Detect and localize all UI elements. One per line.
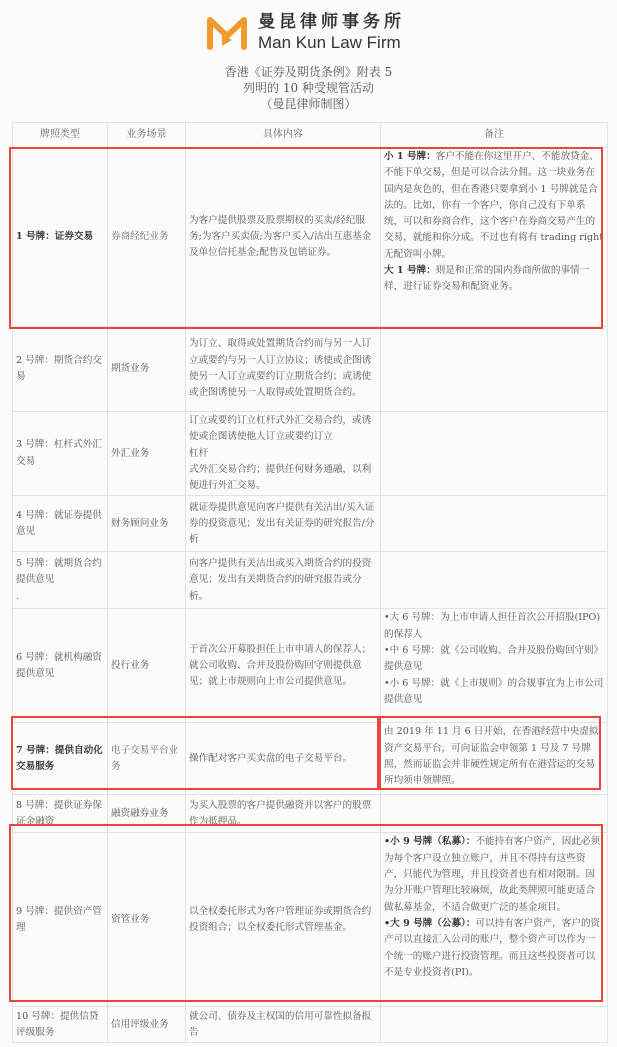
license-type: 10 号牌：提供信贷评级服务 xyxy=(13,1007,108,1043)
firm-logo: 曼昆律师事务所 Man Kun Law Firm xyxy=(206,14,405,51)
license-notes xyxy=(381,327,608,412)
business-scene: 财务顾问业务 xyxy=(108,496,186,552)
license-type: 4 号牌：就证券提供意见 xyxy=(13,496,108,552)
business-scene xyxy=(108,552,186,609)
license-type: 1 号牌：证券交易 xyxy=(13,148,108,327)
business-scene: 融资融券业务 xyxy=(108,795,186,833)
license-content: 为客户提供股票及股票期权的买卖/经纪服务;为客户买卖债;为客户买入/沽出互惠基金… xyxy=(186,148,381,327)
license-notes xyxy=(381,496,608,552)
business-scene: 投行业务 xyxy=(108,609,186,723)
business-scene: 券商经纪业务 xyxy=(108,148,186,327)
license-notes xyxy=(381,552,608,609)
col-header-scene: 业务场景 xyxy=(108,123,186,148)
license-notes xyxy=(381,795,608,833)
license-content: 就证券提供意见向客户提供有关沽出/买入证券的投资意见；发出有关证券的研究报告/分… xyxy=(186,496,381,552)
table-row: 10 号牌：提供信贷评级服务 信用评级业务 就公司、债券及主权国的信用可靠性拟备… xyxy=(13,1007,608,1043)
license-notes: 由 2019 年 11 月 6 日开始，在香港经营中央虚拟资产交易平台，可向证监… xyxy=(381,723,608,795)
table-row: 9 号牌：提供资产管理 资管业务 以全权委托形式为客户管理证券或期货合约投资组合… xyxy=(13,833,608,1007)
license-type: 3 号牌：杠杆式外汇交易 xyxy=(13,412,108,496)
table-row: 5 号牌：就期货合约提供意见 . 向客户提供有关沽出或买入期货合约的投资意见；发… xyxy=(13,552,608,609)
license-notes xyxy=(381,1007,608,1043)
license-table: 牌照类型 业务场景 具体内容 备注 1 号牌：证券交易 券商经纪业务 为客户提供… xyxy=(12,122,608,1043)
business-scene: 期货业务 xyxy=(108,327,186,412)
business-scene: 资管业务 xyxy=(108,833,186,1007)
license-notes xyxy=(381,412,608,496)
license-content: 为订立、取得或处置期货合约而与另一人订立或要约与另一人订立协议；诱使或企图诱使另… xyxy=(186,327,381,412)
business-scene: 信用评级业务 xyxy=(108,1007,186,1043)
table-row: 7 号牌：提供自动化交易服务 电子交易平台业务 操作配对客户买卖盘的电子交易平台… xyxy=(13,723,608,795)
business-scene: 外汇业务 xyxy=(108,412,186,496)
table-header-row: 牌照类型 业务场景 具体内容 备注 xyxy=(13,123,608,148)
license-type: 9 号牌：提供资产管理 xyxy=(13,833,108,1007)
col-header-content: 具体内容 xyxy=(186,123,381,148)
license-notes: •小 9 号牌（私募）：不能持有客户资产，因此必须为每个客户设立独立账户，并且不… xyxy=(381,833,608,1007)
license-content: 就公司、债券及主权国的信用可靠性拟备报告 xyxy=(186,1007,381,1043)
title-line-2: 列明的 10 种受规管活动 xyxy=(0,80,617,96)
table-row: 1 号牌：证券交易 券商经纪业务 为客户提供股票及股票期权的买卖/经纪服务;为客… xyxy=(13,148,608,327)
license-content: 向客户提供有关沽出或买入期货合约的投资意见；发出有关期货合约的研究报告或分析。 xyxy=(186,552,381,609)
business-scene: 电子交易平台业务 xyxy=(108,723,186,795)
license-content: 为买入股票的客户提供融资并以客户的股票作为抵押品。 xyxy=(186,795,381,833)
title-line-3: （曼昆律师制图） xyxy=(0,96,617,112)
col-header-license-type: 牌照类型 xyxy=(13,123,108,148)
man-kun-logo-icon xyxy=(206,16,248,50)
title-line-1: 香港《证券及期货条例》附表 5 xyxy=(0,64,617,80)
license-type: 2 号牌：期货合约交易 xyxy=(13,327,108,412)
license-content: 操作配对客户买卖盘的电子交易平台。 xyxy=(186,723,381,795)
license-type: 5 号牌：就期货合约提供意见 . xyxy=(13,552,108,609)
license-notes: •大 6 号牌：为上市申请人担任首次公开招股(IPO)的保荐人 •中 6 号牌：… xyxy=(381,609,608,723)
document-title: 香港《证券及期货条例》附表 5 列明的 10 种受规管活动 （曼昆律师制图） xyxy=(0,64,617,112)
table-row: 6 号牌：就机构融资提供意见 投行业务 于首次公开募股担任上市申请人的保荐人；就… xyxy=(13,609,608,723)
table-row: 8 号牌：提供证券保证金融资 融资融券业务 为买入股票的客户提供融资并以客户的股… xyxy=(13,795,608,833)
license-type: 7 号牌：提供自动化交易服务 xyxy=(13,723,108,795)
col-header-notes: 备注 xyxy=(381,123,608,148)
table-row: 2 号牌：期货合约交易 期货业务 为订立、取得或处置期货合约而与另一人订立或要约… xyxy=(13,327,608,412)
license-content: 于首次公开募股担任上市申请人的保荐人；就公司收购、合并及股份购回守则提供意见；就… xyxy=(186,609,381,723)
license-notes: 小 1 号牌：客户不能在你这里开户、不能放贷金、不能下单交易，但是可以合法分佣。… xyxy=(381,148,608,327)
license-type: 8 号牌：提供证券保证金融资 xyxy=(13,795,108,833)
license-content: 订立或要约订立杠杆式外汇交易合约，或诱使或企图诱使他人订立或要约订立 杠杆 式外… xyxy=(186,412,381,496)
table-row: 3 号牌：杠杆式外汇交易 外汇业务 订立或要约订立杠杆式外汇交易合约，或诱使或企… xyxy=(13,412,608,496)
table-row: 4 号牌：就证券提供意见 财务顾问业务 就证券提供意见向客户提供有关沽出/买入证… xyxy=(13,496,608,552)
license-type: 6 号牌：就机构融资提供意见 xyxy=(13,609,108,723)
brand-name-cn: 曼昆律师事务所 xyxy=(258,14,405,31)
brand-name-en: Man Kun Law Firm xyxy=(258,34,405,51)
license-content: 以全权委托形式为客户管理证券或期货合约投资组合；以全权委托形式管理基金。 xyxy=(186,833,381,1007)
